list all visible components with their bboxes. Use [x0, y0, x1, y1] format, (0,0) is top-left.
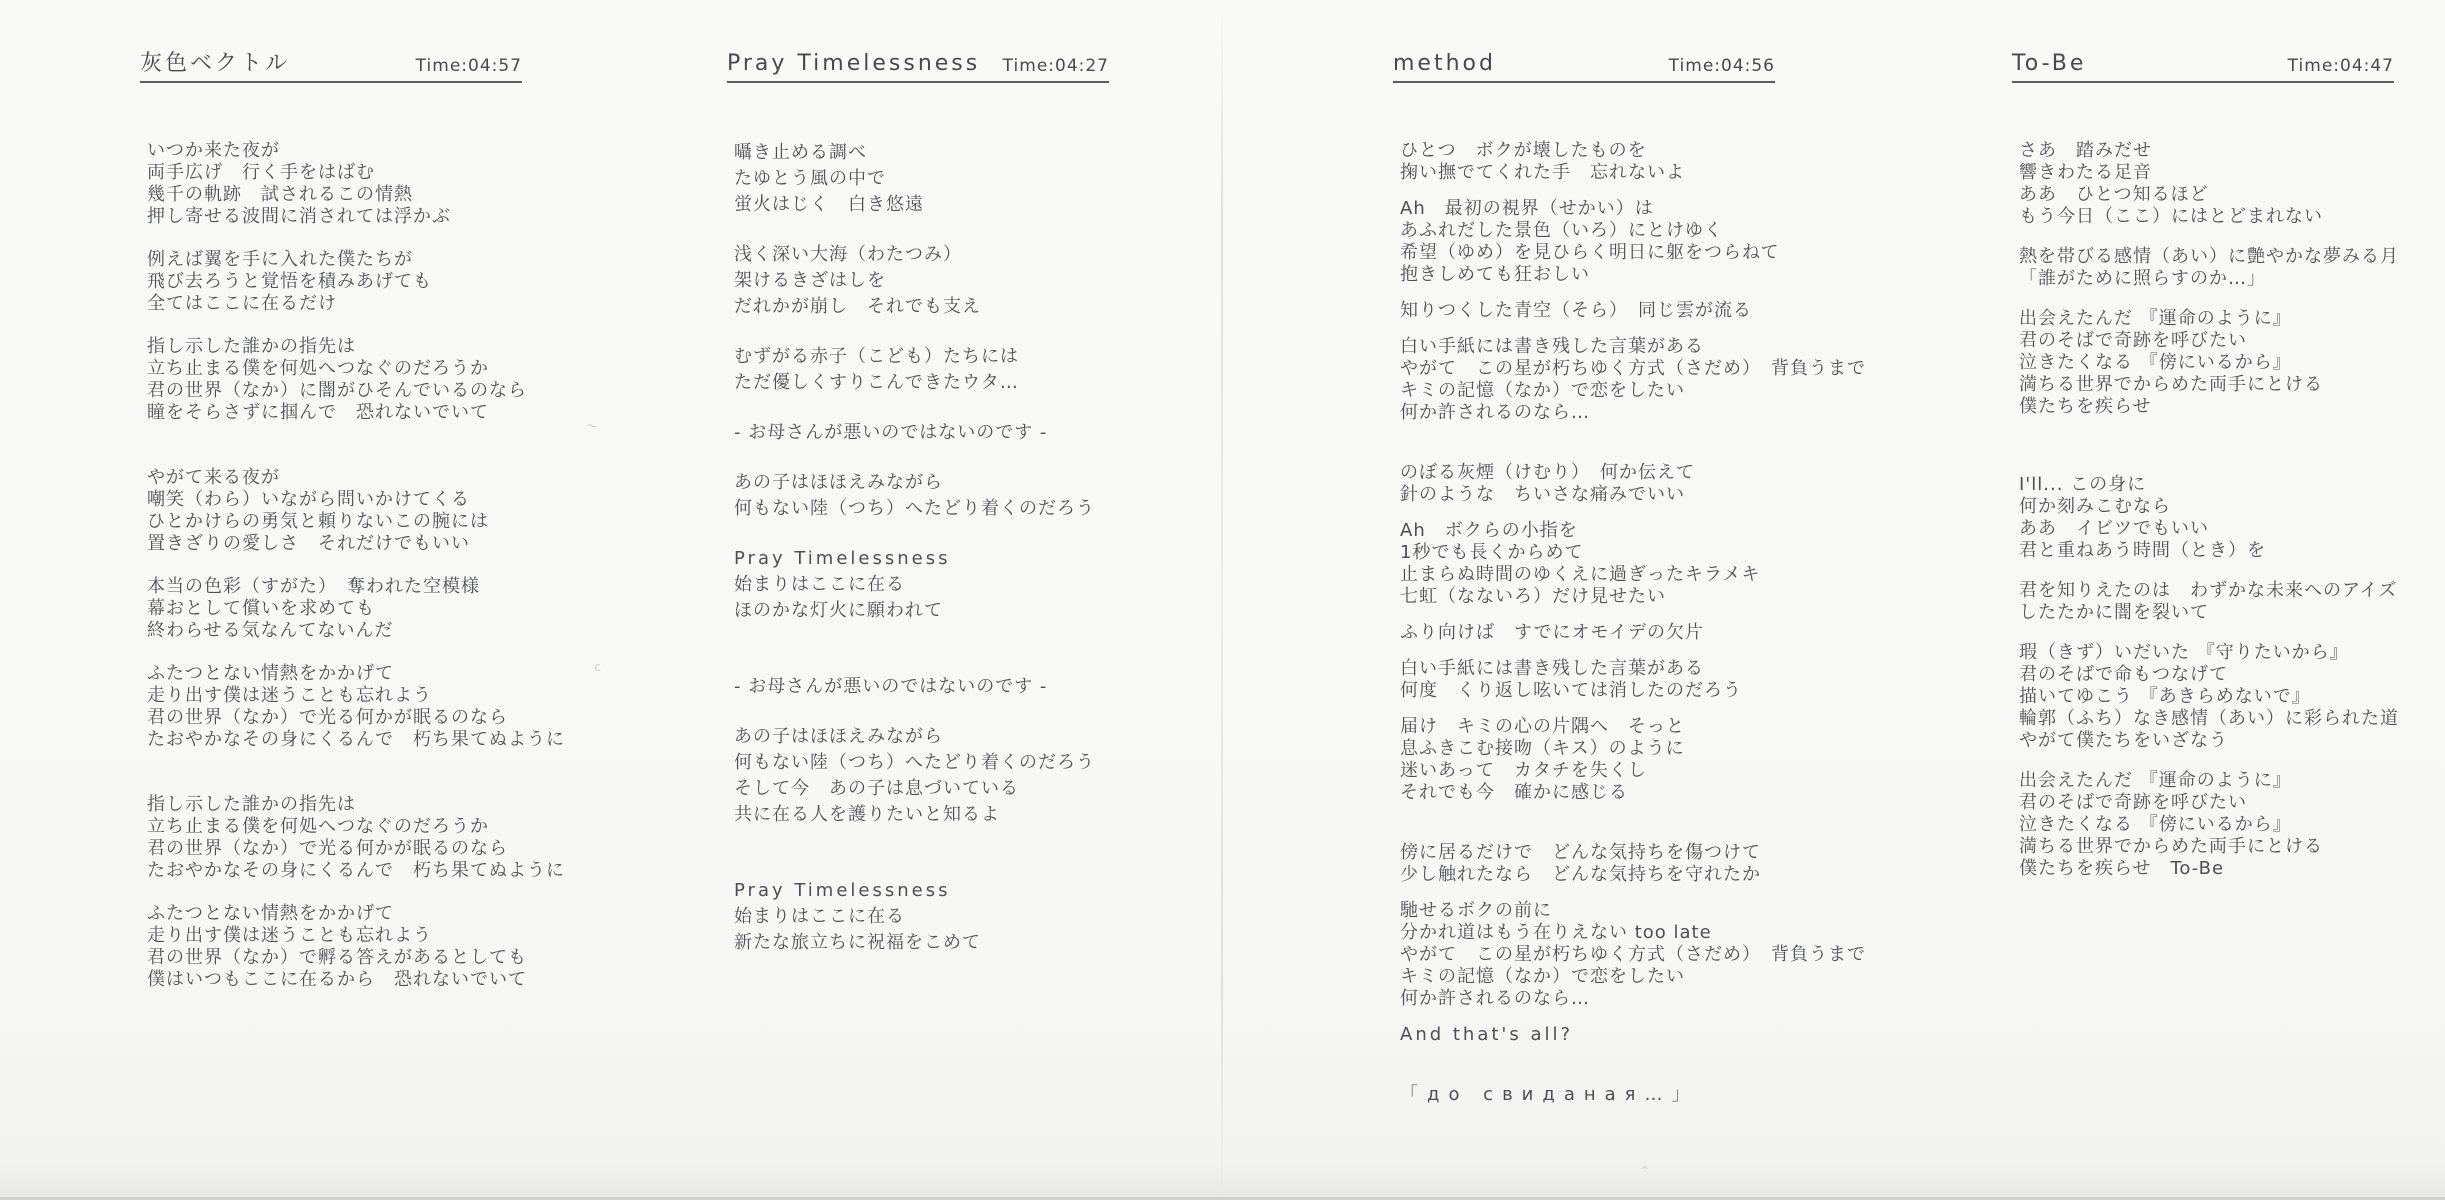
- stanza: ふたつとない情熱をかかげて走り出す僕は迷うことも忘れよう君の世界（なか）で光る何…: [147, 663, 565, 751]
- lyric-line: 僕はいつもここに在るから 恐れないでいて: [147, 969, 565, 991]
- lyric-line: のぼる灰煙（けむり） 何か伝えて: [1400, 462, 1866, 484]
- track-title: method: [1393, 52, 1496, 76]
- lyric-line: Ah ボクらの小指を: [1400, 520, 1866, 542]
- track-time: Time:04:57: [416, 56, 522, 76]
- track-lyrics: 囁き止める調べたゆとう風の中で蛍火はじく 白き悠遠浅く深い大海（わたつみ）架ける…: [734, 140, 1109, 956]
- stanza: 君を知りえたのは わずかな未来へのアイズしたたかに闇を裂いて: [2019, 580, 2399, 624]
- stanza: 浅く深い大海（わたつみ）架けるきざはしをだれかが崩し それでも支え: [734, 242, 1109, 320]
- lyric-line: だれかが崩し それでも支え: [734, 294, 1109, 320]
- stanza: 出会えたんだ 『運命のように』君のそばで奇跡を呼びたい泣きたくなる 『傍にいるか…: [2019, 770, 2399, 880]
- stanza: 熱を帯びる感情（あい）に艶やかな夢みる月「誰がために照らすのか…」: [2019, 246, 2399, 290]
- lyric-line: 始まりはここに在る: [734, 572, 1109, 598]
- lyric-line: あの子はほほえみながら: [734, 724, 1109, 750]
- lyric-line: やがて この星が朽ちゆく方式（さだめ） 背負うまで: [1400, 944, 1866, 966]
- lyric-line: ああ イビツでもいい: [2019, 518, 2399, 540]
- lyric-line: 白い手紙には書き残した言葉がある: [1400, 336, 1866, 358]
- lyric-line: ひとかけらの勇気と頼りないこの腕には: [147, 511, 565, 533]
- stanza: - お母さんが悪いのではないのです -: [734, 420, 1109, 446]
- booklet-page: 灰色ベクトル Time:04:57 いつか来た夜が両手広げ 行く手をはばむ幾千の…: [0, 0, 2445, 1200]
- stanza: 知りつくした青空（そら） 同じ雲が流る: [1400, 300, 1866, 322]
- lyric-line: やがて この星が朽ちゆく方式（さだめ） 背負うまで: [1400, 358, 1866, 380]
- lyric-line: 泣きたくなる 『傍にいるから』: [2019, 352, 2399, 374]
- lyric-line: And that's all?: [1400, 1024, 1866, 1046]
- lyric-line: 君と重ねあう時間（とき）を: [2019, 540, 2399, 562]
- stanza: 指し示した誰かの指先は立ち止まる僕を何処へつなぐのだろうか君の世界（なか）に闇が…: [147, 336, 565, 424]
- lyric-line: 息ふきこむ接吻（キス）のように: [1400, 738, 1866, 760]
- stanza: Ah ボクらの小指を1秒でも長くからめて止まらぬ時間のゆくえに過ぎったキラメキ七…: [1400, 520, 1866, 608]
- lyric-line: 君の世界（なか）で光る何かが眠るのなら: [147, 707, 565, 729]
- lyric-line: むずがる赤子（こども）たちには: [734, 344, 1109, 370]
- lyric-line: I'll... この身に: [2019, 474, 2399, 496]
- lyric-line: 君のそばで命もつなげて: [2019, 664, 2399, 686]
- lyric-line: - お母さんが悪いのではないのです -: [734, 674, 1109, 700]
- stanza: むずがる赤子（こども）たちにはただ優しくすりこんできたウタ…: [734, 344, 1109, 396]
- lyric-line: 走り出す僕は迷うことも忘れよう: [147, 685, 565, 707]
- page-fold-line: [1221, 0, 1223, 1200]
- stanza: - お母さんが悪いのではないのです -: [734, 674, 1109, 700]
- lyric-line: 本当の色彩（すがた） 奪われた空模様: [147, 576, 565, 598]
- lyric-line: 終わらせる気なんてないんだ: [147, 620, 565, 642]
- lyric-line: 泣きたくなる 『傍にいるから』: [2019, 814, 2399, 836]
- stanza: のぼる灰煙（けむり） 何か伝えて針のような ちいさな痛みでいい: [1400, 462, 1866, 506]
- stanza: いつか来た夜が両手広げ 行く手をはばむ幾千の軌跡 試されるこの情熱押し寄せる波間…: [147, 140, 565, 228]
- lyric-line: キミの記憶（なか）で恋をしたい: [1400, 966, 1866, 988]
- lyric-line: たゆとう風の中で: [734, 166, 1109, 192]
- lyric-line: ふたつとない情熱をかかげて: [147, 903, 565, 925]
- lyric-line: 馳せるボクの前に: [1400, 900, 1866, 922]
- track-column-1: 灰色ベクトル Time:04:57 いつか来た夜が両手広げ 行く手をはばむ幾千の…: [140, 52, 565, 991]
- stanza: 傍に居るだけで どんな気持ちを傷つけて少し触れたなら どんな気持ちを守れたか: [1400, 842, 1866, 886]
- lyric-line: 押し寄せる波間に消されては浮かぶ: [147, 206, 565, 228]
- lyric-line: 迷いあって カタチを失くし: [1400, 760, 1866, 782]
- track-column-4: To-Be Time:04:47 さあ 踏みだせ響きわたる足音ああ ひとつ知るほ…: [2012, 52, 2399, 880]
- lyric-line: 何か刻みこむなら: [2019, 496, 2399, 518]
- stanza: 「до свиданая…」: [1400, 1084, 1866, 1106]
- track-lyrics: さあ 踏みだせ響きわたる足音ああ ひとつ知るほどもう今日（ここ）にはとどまれない…: [2019, 140, 2399, 880]
- stanza: 白い手紙には書き残した言葉があるやがて この星が朽ちゆく方式（さだめ） 背負うま…: [1400, 336, 1866, 424]
- lyric-line: 僕たちを疾らせ: [2019, 396, 2399, 418]
- stanza: Pray Timelessness始まりはここに在る新たな旅立ちに祝福をこめて: [734, 878, 1109, 956]
- stanza: And that's all?: [1400, 1024, 1866, 1046]
- lyric-line: 1秒でも長くからめて: [1400, 542, 1866, 564]
- stanza: 届け キミの心の片隅へ そっと息ふきこむ接吻（キス）のように迷いあって カタチを…: [1400, 716, 1866, 804]
- lyric-line: 新たな旅立ちに祝福をこめて: [734, 930, 1109, 956]
- lyric-line: 始まりはここに在る: [734, 904, 1109, 930]
- lyric-line: Pray Timelessness: [734, 878, 1109, 904]
- scan-mark: ~: [584, 417, 599, 435]
- lyric-line: 「誰がために照らすのか…」: [2019, 268, 2399, 290]
- lyric-line: いつか来た夜が: [147, 140, 565, 162]
- lyric-line: 何か許されるのなら…: [1400, 988, 1866, 1010]
- stanza: やがて来る夜が嘲笑（わら）いながら問いかけてくるひとかけらの勇気と頼りないこの腕…: [147, 467, 565, 555]
- track-title: Pray Timelessness: [727, 52, 980, 76]
- scan-mark: ^: [1640, 1164, 1649, 1177]
- lyric-line: そして今 あの子は息づいている: [734, 776, 1109, 802]
- lyric-line: 蛍火はじく 白き悠遠: [734, 192, 1109, 218]
- lyric-line: ひとつ ボクが壊したものを: [1400, 140, 1866, 162]
- lyric-line: 幾千の軌跡 試されるこの情熱: [147, 184, 565, 206]
- lyric-line: 嘲笑（わら）いながら問いかけてくる: [147, 489, 565, 511]
- lyric-line: 出会えたんだ 『運命のように』: [2019, 770, 2399, 792]
- track-lyrics: いつか来た夜が両手広げ 行く手をはばむ幾千の軌跡 試されるこの情熱押し寄せる波間…: [147, 140, 565, 991]
- lyric-line: 何もない陸（つち）へたどり着くのだろう: [734, 496, 1109, 522]
- lyric-line: あふれだした景色（いろ）にとけゆく: [1400, 220, 1866, 242]
- lyric-line: 出会えたんだ 『運命のように』: [2019, 308, 2399, 330]
- track-time: Time:04:27: [1003, 56, 1109, 76]
- lyric-line: 「до свиданая…」: [1400, 1084, 1866, 1106]
- lyric-line: 止まらぬ時間のゆくえに過ぎったキラメキ: [1400, 564, 1866, 586]
- track-title: To-Be: [2012, 52, 2086, 76]
- lyric-line: 輪郭（ふち）なき感情（あい）に彩られた道: [2019, 708, 2399, 730]
- lyric-line: 抱きしめても狂おしい: [1400, 264, 1866, 286]
- track-lyrics: ひとつ ボクが壊したものを掬い撫でてくれた手 忘れないよAh 最初の視界（せかい…: [1400, 140, 1866, 1106]
- lyric-line: 傍に居るだけで どんな気持ちを傷つけて: [1400, 842, 1866, 864]
- stanza: あの子はほほえみながら何もない陸（つち）へたどり着くのだろうそして今 あの子は息…: [734, 724, 1109, 828]
- lyric-line: 掬い撫でてくれた手 忘れないよ: [1400, 162, 1866, 184]
- lyric-line: 希望（ゆめ）を見ひらく明日に躯をつらねて: [1400, 242, 1866, 264]
- lyric-line: 君の世界（なか）で光る何かが眠るのなら: [147, 838, 565, 860]
- lyric-line: 君のそばで奇跡を呼びたい: [2019, 330, 2399, 352]
- lyric-line: たおやかなその身にくるんで 朽ち果てぬように: [147, 860, 565, 882]
- lyric-line: 七虹（なないろ）だけ見せたい: [1400, 586, 1866, 608]
- stanza: Ah 最初の視界（せかい）はあふれだした景色（いろ）にとけゆく希望（ゆめ）を見ひ…: [1400, 198, 1866, 286]
- lyric-line: 幕おとして償いを求めても: [147, 598, 565, 620]
- stanza: 出会えたんだ 『運命のように』君のそばで奇跡を呼びたい泣きたくなる 『傍にいるか…: [2019, 308, 2399, 418]
- track-time: Time:04:56: [1669, 56, 1775, 76]
- stanza: 例えば翼を手に入れた僕たちが飛び去ろうと覚悟を積みあげても全てはここに在るだけ: [147, 249, 565, 315]
- stanza: 囁き止める調べたゆとう風の中で蛍火はじく 白き悠遠: [734, 140, 1109, 218]
- lyric-line: ただ優しくすりこんできたウタ…: [734, 370, 1109, 396]
- lyric-line: 瑕（きず）いだいた 『守りたいから』: [2019, 642, 2399, 664]
- lyric-line: 囁き止める調べ: [734, 140, 1109, 166]
- lyric-line: 両手広げ 行く手をはばむ: [147, 162, 565, 184]
- lyric-line: Ah 最初の視界（せかい）は: [1400, 198, 1866, 220]
- track-header: Pray Timelessness Time:04:27: [727, 52, 1109, 83]
- lyric-line: 指し示した誰かの指先は: [147, 794, 565, 816]
- lyric-line: 針のような ちいさな痛みでいい: [1400, 484, 1866, 506]
- lyric-line: キミの記憶（なか）で恋をしたい: [1400, 380, 1866, 402]
- lyric-line: 満ちる世界でからめた両手にとける: [2019, 374, 2399, 396]
- lyric-line: 共に在る人を護りたいと知るよ: [734, 802, 1109, 828]
- track-header: 灰色ベクトル Time:04:57: [140, 52, 522, 83]
- stanza: あの子はほほえみながら何もない陸（つち）へたどり着くのだろう: [734, 470, 1109, 522]
- lyric-line: 君の世界（なか）に闇がひそんでいるのなら: [147, 380, 565, 402]
- lyric-line: ああ ひとつ知るほど: [2019, 184, 2399, 206]
- stanza: Pray Timelessness始まりはここに在るほのかな灯火に願われて: [734, 546, 1109, 624]
- lyric-line: 知りつくした青空（そら） 同じ雲が流る: [1400, 300, 1866, 322]
- stanza: ふたつとない情熱をかかげて走り出す僕は迷うことも忘れよう君の世界（なか）で孵る答…: [147, 903, 565, 991]
- lyric-line: 何度 くり返し呟いては消したのだろう: [1400, 680, 1866, 702]
- lyric-line: 満ちる世界でからめた両手にとける: [2019, 836, 2399, 858]
- lyric-line: したたかに闇を裂いて: [2019, 602, 2399, 624]
- lyric-line: 何か許されるのなら…: [1400, 402, 1866, 424]
- lyric-line: たおやかなその身にくるんで 朽ち果てぬように: [147, 729, 565, 751]
- lyric-line: Pray Timelessness: [734, 546, 1109, 572]
- lyric-line: ふたつとない情熱をかかげて: [147, 663, 565, 685]
- lyric-line: 熱を帯びる感情（あい）に艶やかな夢みる月: [2019, 246, 2399, 268]
- lyric-line: 僕たちを疾らせ To-Be: [2019, 858, 2399, 880]
- lyric-line: やがて来る夜が: [147, 467, 565, 489]
- stanza: さあ 踏みだせ響きわたる足音ああ ひとつ知るほどもう今日（ここ）にはとどまれない: [2019, 140, 2399, 228]
- track-title: 灰色ベクトル: [140, 52, 290, 76]
- lyric-line: 置きざりの愛しさ それだけでもいい: [147, 533, 565, 555]
- stanza: 白い手紙には書き残した言葉がある何度 くり返し呟いては消したのだろう: [1400, 658, 1866, 702]
- stanza: I'll... この身に何か刻みこむならああ イビツでもいい君と重ねあう時間（と…: [2019, 474, 2399, 562]
- lyric-line: 飛び去ろうと覚悟を積みあげても: [147, 271, 565, 293]
- lyric-line: 走り出す僕は迷うことも忘れよう: [147, 925, 565, 947]
- lyric-line: 例えば翼を手に入れた僕たちが: [147, 249, 565, 271]
- track-header: method Time:04:56: [1393, 52, 1775, 83]
- track-column-2: Pray Timelessness Time:04:27 囁き止める調べたゆとう…: [727, 52, 1109, 956]
- lyric-line: 分かれ道はもう在りえない too late: [1400, 922, 1866, 944]
- track-column-3: method Time:04:56 ひとつ ボクが壊したものを掬い撫でてくれた手…: [1393, 52, 1866, 1106]
- lyric-line: - お母さんが悪いのではないのです -: [734, 420, 1109, 446]
- lyric-line: 立ち止まる僕を何処へつなぐのだろうか: [147, 816, 565, 838]
- track-header: To-Be Time:04:47: [2012, 52, 2394, 83]
- track-time: Time:04:47: [2288, 56, 2394, 76]
- lyric-line: 君を知りえたのは わずかな未来へのアイズ: [2019, 580, 2399, 602]
- lyric-line: ほのかな灯火に願われて: [734, 598, 1109, 624]
- lyric-line: 架けるきざはしを: [734, 268, 1109, 294]
- lyric-line: 描いてゆこう 『あきらめないで』: [2019, 686, 2399, 708]
- stanza: 本当の色彩（すがた） 奪われた空模様幕おとして償いを求めても終わらせる気なんてな…: [147, 576, 565, 642]
- stanza: ひとつ ボクが壊したものを掬い撫でてくれた手 忘れないよ: [1400, 140, 1866, 184]
- lyric-line: あの子はほほえみながら: [734, 470, 1109, 496]
- lyric-line: 響きわたる足音: [2019, 162, 2399, 184]
- lyric-line: ふり向けば すでにオモイデの欠片: [1400, 622, 1866, 644]
- stanza: ふり向けば すでにオモイデの欠片: [1400, 622, 1866, 644]
- lyric-line: 君のそばで奇跡を呼びたい: [2019, 792, 2399, 814]
- lyric-line: 浅く深い大海（わたつみ）: [734, 242, 1109, 268]
- lyric-line: 立ち止まる僕を何処へつなぐのだろうか: [147, 358, 565, 380]
- lyric-line: 全てはここに在るだけ: [147, 293, 565, 315]
- stanza: 指し示した誰かの指先は立ち止まる僕を何処へつなぐのだろうか君の世界（なか）で光る…: [147, 794, 565, 882]
- scan-mark: c: [593, 660, 601, 675]
- lyric-line: それでも今 確かに感じる: [1400, 782, 1866, 804]
- lyric-line: 指し示した誰かの指先は: [147, 336, 565, 358]
- lyric-line: 君の世界（なか）で孵る答えがあるとしても: [147, 947, 565, 969]
- lyric-line: もう今日（ここ）にはとどまれない: [2019, 206, 2399, 228]
- lyric-line: 何もない陸（つち）へたどり着くのだろう: [734, 750, 1109, 776]
- lyric-line: 少し触れたなら どんな気持ちを守れたか: [1400, 864, 1866, 886]
- lyric-line: さあ 踏みだせ: [2019, 140, 2399, 162]
- stanza: 瑕（きず）いだいた 『守りたいから』君のそばで命もつなげて描いてゆこう 『あきら…: [2019, 642, 2399, 752]
- lyric-line: 白い手紙には書き残した言葉がある: [1400, 658, 1866, 680]
- lyric-line: 瞳をそらさずに掴んで 恐れないでいて: [147, 402, 565, 424]
- stanza: 馳せるボクの前に分かれ道はもう在りえない too lateやがて この星が朽ちゆ…: [1400, 900, 1866, 1010]
- lyric-line: 届け キミの心の片隅へ そっと: [1400, 716, 1866, 738]
- lyric-line: やがて僕たちをいざなう: [2019, 730, 2399, 752]
